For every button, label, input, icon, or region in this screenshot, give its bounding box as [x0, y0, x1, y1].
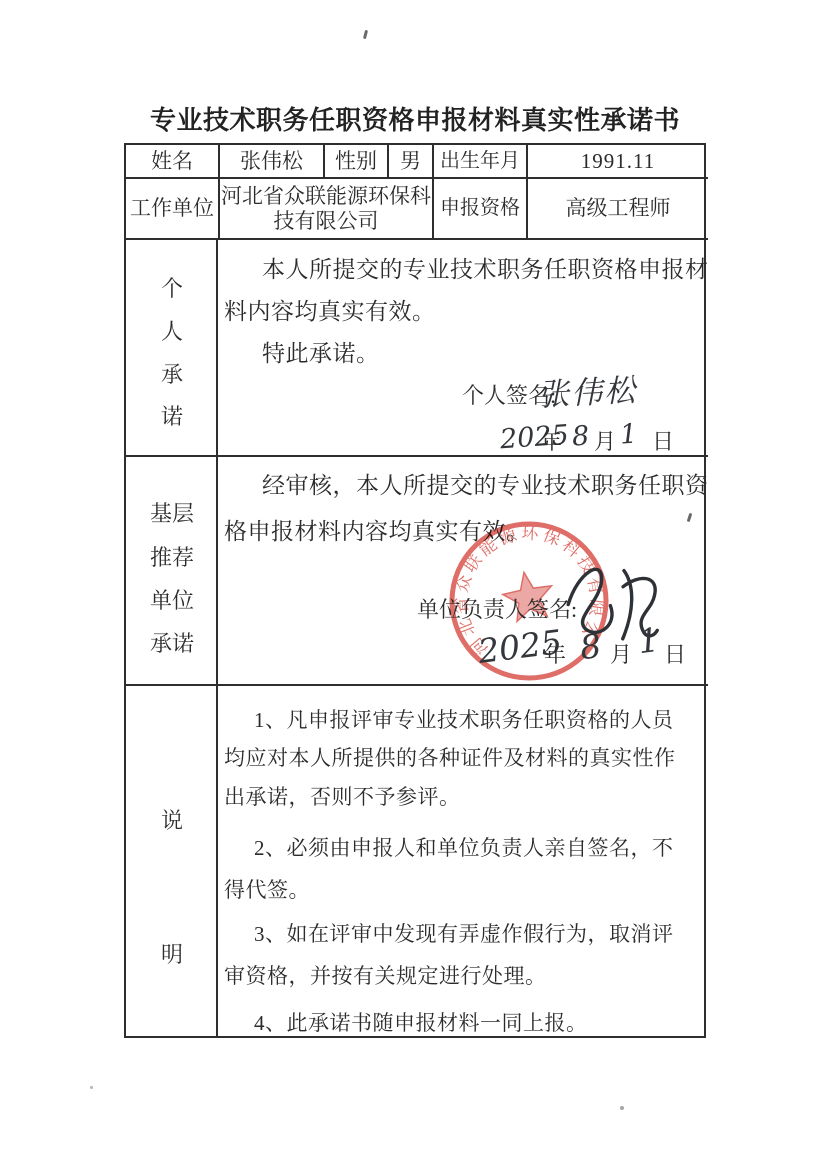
gender-value-cell: 男 [389, 145, 434, 179]
note-line: 审资格，并按有关规定进行处理。 [224, 960, 547, 990]
form-table: 姓名 张伟松 性别 男 出生年月 1991.11 工作单位 河北省众联能源环保科… [124, 143, 706, 1038]
label-char: 人 [126, 315, 218, 346]
name-value-cell: 张伟松 [220, 145, 325, 179]
label-chars: 承诺 [126, 627, 218, 658]
employer-value-cell: 河北省众联能源环保科技有限公司 [220, 179, 434, 240]
month-char: 月 [594, 425, 616, 456]
label-char: 说 [126, 804, 218, 835]
personal-date-month-handwritten: 8 [571, 420, 590, 452]
note-line: 得代签。 [224, 874, 310, 904]
label-chars: 推荐 [126, 541, 218, 572]
note-line: 均应对本人所提供的各种证件及材料的真实性作 [224, 742, 676, 772]
qualification-label-cell: 申报资格 [434, 179, 528, 240]
label-char: 承 [126, 358, 218, 389]
scanned-commitment-form: 专业技术职务任职资格申报材料真实性承诺书 姓名 张伟松 性别 男 出生年月 19… [0, 0, 827, 1170]
birth-value-cell: 1991.11 [528, 145, 708, 179]
note-line: 3、如在评审中发现有弄虚作假行为，取消评 [254, 918, 674, 948]
personal-commitment-line: 特此承诺。 [262, 335, 380, 368]
note-line: 4、此承诺书随申报材料一同上报。 [254, 1007, 588, 1037]
scan-speck [90, 1086, 93, 1089]
qualification-value-cell: 高级工程师 [528, 179, 708, 240]
year-char: 年 [540, 425, 562, 456]
note-line: 1、凡申报评审专业技术职务任职资格的人员 [254, 704, 674, 734]
label-chars: 单位 [126, 584, 218, 615]
note-line: 出承诺，否则不予参评。 [224, 781, 461, 811]
month-char: 月 [610, 638, 632, 669]
label-chars: 基层 [126, 497, 218, 528]
employer-text: 河北省众联能源环保科技有限公司 [221, 184, 431, 234]
personal-commitment-line: 料内容均真实有效。 [224, 293, 436, 326]
unit-commitment-line: 经审核，本人所提交的专业技术职务任职资 [262, 467, 709, 500]
day-char: 日 [652, 425, 674, 456]
birth-label-cell: 出生年月 [434, 145, 528, 179]
employer-label-cell: 工作单位 [126, 179, 220, 240]
label-char: 个 [126, 272, 218, 303]
label-char: 明 [126, 938, 218, 969]
personal-commitment-label-column: 个 人 承 诺 [126, 240, 218, 455]
page-title: 专业技术职务任职资格申报材料真实性承诺书 [124, 100, 706, 137]
unit-commitment-label-column: 基层 推荐 单位 承诺 [126, 457, 218, 684]
personal-signature-handwritten: 张伟松 [537, 364, 638, 414]
personal-date-day-handwritten: 1 [619, 418, 638, 450]
scan-speck [620, 1106, 624, 1110]
personal-commitment-line: 本人所提交的专业技术职务任职资格申报材 [262, 251, 709, 284]
notes-label-column: 说 明 [126, 686, 218, 1038]
name-label-cell: 姓名 [126, 145, 220, 179]
note-line: 2、必须由申报人和单位负责人亲自签名，不 [254, 832, 674, 862]
scan-speck [363, 30, 368, 39]
gender-label-cell: 性别 [325, 145, 389, 179]
label-char: 诺 [126, 400, 218, 431]
day-char: 日 [664, 638, 686, 669]
year-char: 年 [544, 638, 566, 669]
